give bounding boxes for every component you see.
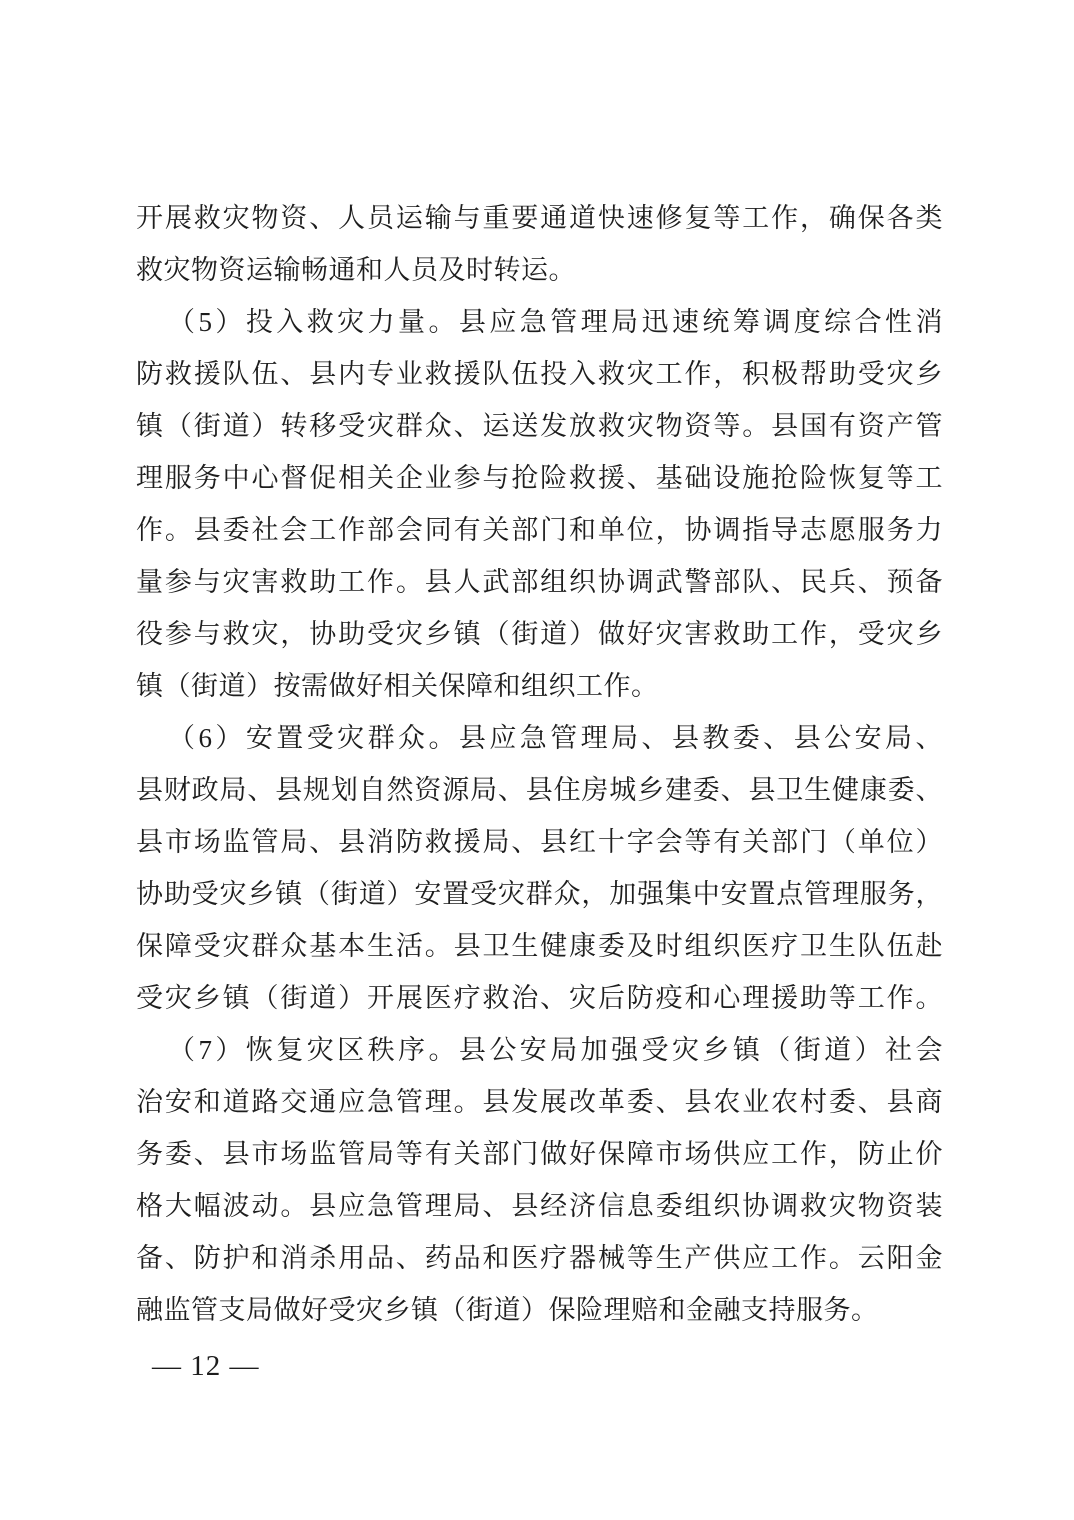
text-line: 备、防护和消杀用品、药品和医疗器械等生产供应工作。云阳金 — [136, 1232, 943, 1284]
paragraph-start-line: （7）恢复灾区秩序。县公安局加强受灾乡镇（街道）社会 — [136, 1024, 943, 1076]
text-line: 格大幅波动。县应急管理局、县经济信息委组织协调救灾物资装 — [136, 1180, 943, 1232]
page-footer: — 12 — — [152, 1346, 260, 1386]
text-line: 防救援队伍、县内专业救援队伍投入救灾工作，积极帮助受灾乡 — [136, 348, 943, 400]
text-line: 镇（街道）按需做好相关保障和组织工作。 — [136, 660, 943, 712]
text-line: 治安和道路交通应急管理。县发展改革委、县农业农村委、县商 — [136, 1076, 943, 1128]
text-line: 役参与救灾，协助受灾乡镇（街道）做好灾害救助工作，受灾乡 — [136, 608, 943, 660]
paragraph-start-line: （5）投入救灾力量。县应急管理局迅速统筹调度综合性消 — [136, 296, 943, 348]
text-line: 务委、县市场监管局等有关部门做好保障市场供应工作，防止价 — [136, 1128, 943, 1180]
text-line: 融监管支局做好受灾乡镇（街道）保险理赔和金融支持服务。 — [136, 1284, 943, 1336]
text-line: 作。县委社会工作部会同有关部门和单位，协调指导志愿服务力 — [136, 504, 943, 556]
paragraph-start-line: （6）安置受灾群众。县应急管理局、县教委、县公安局、 — [136, 712, 943, 764]
text-line: 救灾物资运输畅通和人员及时转运。 — [136, 244, 943, 296]
text-line: 保障受灾群众基本生活。县卫生健康委及时组织医疗卫生队伍赴 — [136, 920, 943, 972]
text-line: 理服务中心督促相关企业参与抢险救援、基础设施抢险恢复等工 — [136, 452, 943, 504]
text-line: 县市场监管局、县消防救援局、县红十字会等有关部门（单位） — [136, 816, 943, 868]
text-line: 协助受灾乡镇（街道）安置受灾群众，加强集中安置点管理服务， — [136, 868, 943, 920]
text-line: 镇（街道）转移受灾群众、运送发放救灾物资等。县国有资产管 — [136, 400, 943, 452]
document-page: 开展救灾物资、人员运输与重要通道快速修复等工作，确保各类 救灾物资运输畅通和人员… — [0, 0, 1074, 1520]
text-line: 县财政局、县规划自然资源局、县住房城乡建委、县卫生健康委、 — [136, 764, 943, 816]
text-line: 开展救灾物资、人员运输与重要通道快速修复等工作，确保各类 — [136, 192, 943, 244]
document-body: 开展救灾物资、人员运输与重要通道快速修复等工作，确保各类 救灾物资运输畅通和人员… — [136, 192, 943, 1336]
text-line: 受灾乡镇（街道）开展医疗救治、灾后防疫和心理援助等工作。 — [136, 972, 943, 1024]
page-number: — 12 — — [152, 1350, 260, 1382]
text-line: 量参与灾害救助工作。县人武部组织协调武警部队、民兵、预备 — [136, 556, 943, 608]
